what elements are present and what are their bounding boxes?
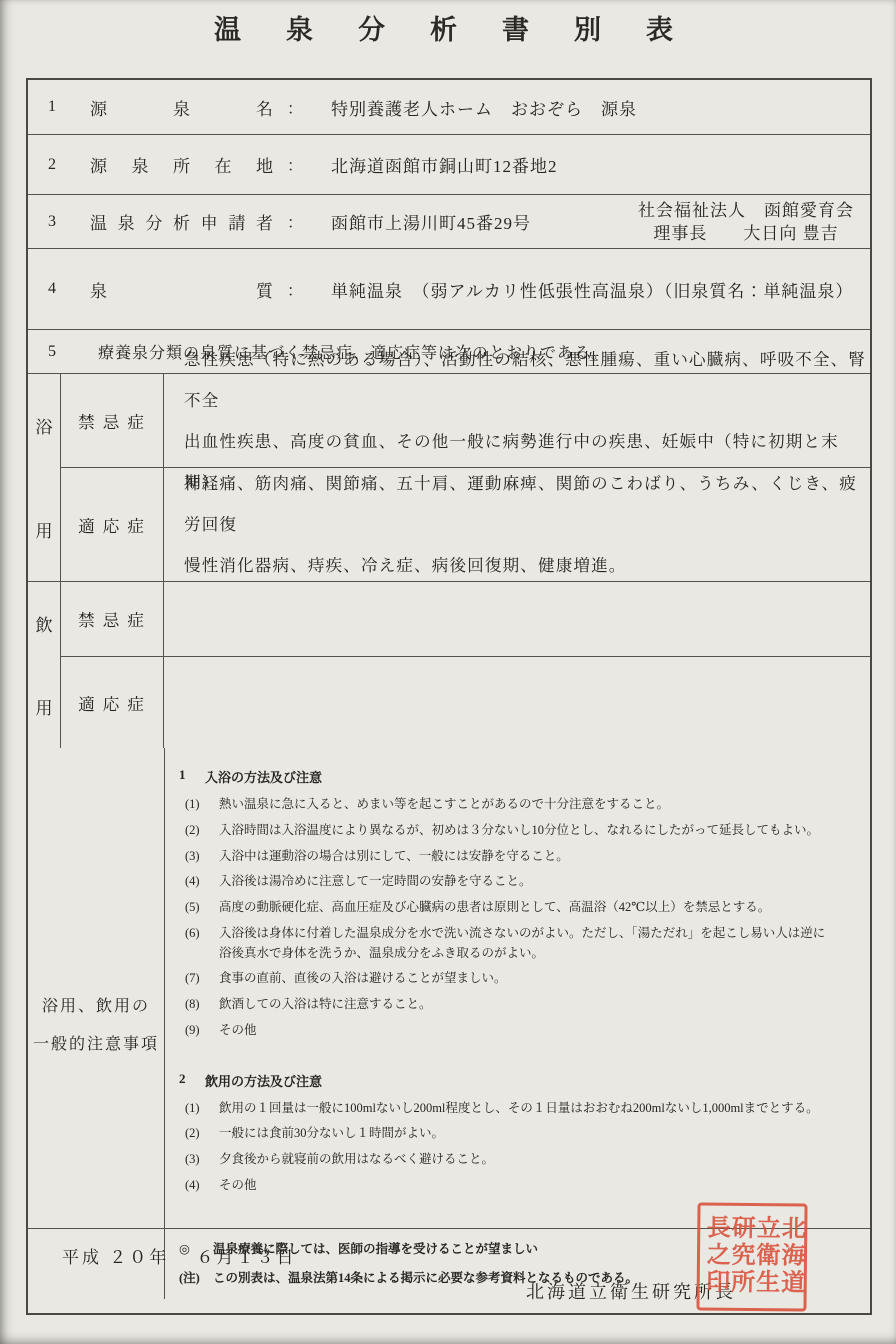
item-text: その他	[219, 1176, 830, 1196]
list-item: (8)飲酒しての入浴は特に注意すること。	[175, 995, 830, 1015]
field-label-source-name: 源泉名	[90, 95, 273, 120]
issue-date: 平成 ２０年 ６月１３日	[62, 1243, 297, 1268]
item-text: 熱い温泉に急に入ると、めまい等を起こすことがあるので十分注意をすること。	[219, 795, 830, 815]
item-text: 入浴中は運動浴の場合は別にして、一般には安静を守ること。	[219, 847, 830, 867]
bathing-contraindications-text: 急性疾患（特に熱のある場合）、活動性の結核、悪性腫瘍、重い心臓病、呼吸不全、腎不…	[164, 374, 870, 468]
item-number: (8)	[185, 995, 219, 1015]
drinking-contraindications-label: 禁 忌 症	[61, 582, 164, 657]
field-label-spring-quality: 泉質	[90, 277, 273, 302]
item-text: 一般には食前30分ないし１時間がよい。	[219, 1124, 830, 1144]
list-item: (6)入浴後は身体に付着した温泉成分を水で洗い流さないのがよい。ただし、「湯ただ…	[175, 924, 830, 964]
item-number: (9)	[185, 1021, 219, 1041]
side-label-bathing-bottom: 用	[28, 478, 60, 582]
side-label-drinking: 飲 用	[28, 582, 61, 748]
item-text: 飲用の１回量は一般に100mlないし200ml程度とし、その１日量はおおむね20…	[219, 1099, 830, 1119]
field-colon: ：	[287, 96, 303, 119]
bathing-indications-text: 神経痛、筋肉痛、関節痛、五十肩、運動麻痺、関節のこわばり、うちみ、くじき、疲労回…	[164, 468, 870, 582]
item-number: (5)	[185, 898, 219, 918]
item-number: (2)	[185, 1124, 219, 1144]
item-number: (1)	[185, 1099, 219, 1119]
side-label-bathing: 浴 用	[28, 374, 61, 582]
drinking-indications-text	[164, 657, 870, 748]
field-value-source-name: 特別養護老人ホーム おおぞら 源泉	[331, 95, 637, 120]
item-number: (1)	[185, 795, 219, 815]
indication-grid: 浴 用 禁 忌 症 急性疾患（特に熱のある場合）、活動性の結核、悪性腫瘍、重い心…	[28, 374, 870, 748]
row-number: 5	[48, 343, 90, 361]
item-number: (2)	[185, 821, 219, 841]
item-number: (4)	[185, 872, 219, 892]
item-text: 食事の直前、直後の入浴は避けることが望ましい。	[219, 969, 830, 989]
heading-number: 2	[179, 1071, 205, 1090]
side-label-drinking-bottom: 用	[28, 665, 60, 748]
official-seal-text: 北海道立衛生研究所長之印	[702, 1214, 803, 1299]
bathing-contraindications-line1: 急性疾患（特に熱のある場合）、活動性の結核、悪性腫瘍、重い心臓病、呼吸不全、腎不…	[184, 339, 870, 421]
field-colon: ：	[287, 210, 303, 233]
field-value-applicant-address: 函館市上湯川町45番29号	[331, 209, 531, 234]
row-number: 2	[48, 156, 90, 174]
list-item: (3)入浴中は運動浴の場合は別にして、一般には安静を守ること。	[175, 847, 830, 867]
row-source-location: 2 源泉所在地 ： 北海道函館市銅山町12番地2	[28, 135, 870, 195]
item-text: 飲酒しての入浴は特に注意すること。	[219, 995, 830, 1015]
applicant-block: 社会福祉法人 函館愛育会 理事長 大日向 豊吉	[638, 199, 854, 245]
list-item: (4)入浴後は湯冷めに注意して一定時間の安静を守ること。	[175, 872, 830, 892]
bathing-contraindications-label: 禁 忌 症	[61, 374, 164, 468]
row-number: 3	[48, 213, 90, 231]
side-label-drinking-top: 飲	[28, 582, 60, 665]
item-text: 入浴後は湯冷めに注意して一定時間の安静を守ること。	[219, 872, 830, 892]
field-value-source-location: 北海道函館市銅山町12番地2	[331, 152, 558, 177]
item-text: 入浴時間は入浴温度により異なるが、初めは３分ないし10分位とし、なれるにしたがっ…	[219, 821, 830, 841]
general-notes-side-line2: 一般的注意事項	[33, 1031, 159, 1054]
bathing-indications-label: 適 応 症	[61, 468, 164, 582]
drinking-notes-heading: 2 飲用の方法及び注意	[175, 1071, 830, 1090]
scanned-document-page: 温 泉 分 析 書 別 表 1 源泉名 ： 特別養護老人ホーム おおぞら 源泉 …	[0, 0, 896, 1344]
official-seal: 北海道立衛生研究所長之印	[696, 1202, 807, 1311]
bathing-indications-line2: 慢性消化器病、痔疾、冷え症、病後回復期、健康増進。	[184, 545, 870, 586]
heading-text: 飲用の方法及び注意	[205, 1071, 322, 1090]
row-number: 4	[48, 280, 90, 298]
field-colon: ：	[287, 153, 303, 176]
document-title: 温 泉 分 析 書 別 表	[0, 8, 896, 47]
item-number: (7)	[185, 969, 219, 989]
list-item: (7)食事の直前、直後の入浴は避けることが望ましい。	[175, 969, 830, 989]
list-item: (5)高度の動脈硬化症、高血圧症及び心臓病の患者は原則として、高温浴（42℃以上…	[175, 898, 830, 918]
item-number: (3)	[185, 847, 219, 867]
row-spring-quality: 4 泉質 ： 単純温泉 （弱アルカリ性低張性高温泉）（旧泉質名：単純温泉）	[28, 249, 870, 330]
analysis-table: 1 源泉名 ： 特別養護老人ホーム おおぞら 源泉 2 源泉所在地 ： 北海道函…	[26, 78, 872, 1315]
item-number: (3)	[185, 1150, 219, 1170]
general-notes-side-label: 浴用、飲用の 一般的注意事項	[28, 748, 165, 1299]
item-text: 入浴後は身体に付着した温泉成分を水で洗い流さないのがよい。ただし、「湯ただれ」を…	[219, 924, 830, 964]
item-number: (4)	[185, 1176, 219, 1196]
item-text: その他	[219, 1021, 830, 1041]
bathing-notes-heading: 1 入浴の方法及び注意	[175, 767, 830, 786]
row-source-name: 1 源泉名 ： 特別養護老人ホーム おおぞら 源泉	[28, 80, 870, 135]
heading-text: 入浴の方法及び注意	[205, 767, 322, 786]
list-item: (2)一般には食前30分ないし１時間がよい。	[175, 1124, 830, 1144]
field-label-applicant: 温泉分析申請者	[90, 209, 273, 234]
row-applicant: 3 温泉分析申請者 ： 函館市上湯川町45番29号 社会福祉法人 函館愛育会 理…	[28, 195, 870, 249]
applicant-organization: 社会福祉法人 函館愛育会	[638, 201, 854, 220]
drinking-indications-label: 適 応 症	[61, 657, 164, 748]
list-item: (1)飲用の１回量は一般に100mlないし200ml程度とし、その１日量はおおむ…	[175, 1099, 830, 1119]
list-item: (9)その他	[175, 1021, 830, 1041]
drinking-notes-section: 2 飲用の方法及び注意 (1)飲用の１回量は一般に100mlないし200ml程度…	[175, 1071, 830, 1196]
item-text: 夕食後から就寝前の飲用はなるべく避けること。	[219, 1150, 830, 1170]
applicant-person: 理事長 大日向 豊吉	[653, 224, 838, 243]
general-notes-side-line1: 浴用、飲用の	[42, 993, 150, 1016]
list-item: (3)夕食後から就寝前の飲用はなるべく避けること。	[175, 1150, 830, 1170]
field-colon: ：	[287, 278, 303, 301]
heading-number: 1	[179, 767, 205, 786]
item-text: 高度の動脈硬化症、高血圧症及び心臓病の患者は原則として、高温浴（42℃以上）を禁…	[219, 898, 830, 918]
field-value-spring-quality: 単純温泉 （弱アルカリ性低張性高温泉）（旧泉質名：単純温泉）	[331, 277, 853, 302]
field-label-source-location: 源泉所在地	[90, 152, 273, 177]
list-item: (1)熱い温泉に急に入ると、めまい等を起こすことがあるので十分注意をすること。	[175, 795, 830, 815]
general-notes-row: 浴用、飲用の 一般的注意事項 1 入浴の方法及び注意 (1)熱い温泉に急に入ると…	[28, 748, 870, 1229]
drinking-contraindications-text	[164, 582, 870, 657]
list-item: (4)その他	[175, 1176, 830, 1196]
side-label-bathing-top: 浴	[28, 374, 60, 478]
item-number: (6)	[185, 924, 219, 964]
list-item: (2)入浴時間は入浴温度により異なるが、初めは３分ないし10分位とし、なれるにし…	[175, 821, 830, 841]
row-number: 1	[48, 98, 90, 116]
bathing-indications-line1: 神経痛、筋肉痛、関節痛、五十肩、運動麻痺、関節のこわばり、うちみ、くじき、疲労回…	[184, 463, 870, 545]
